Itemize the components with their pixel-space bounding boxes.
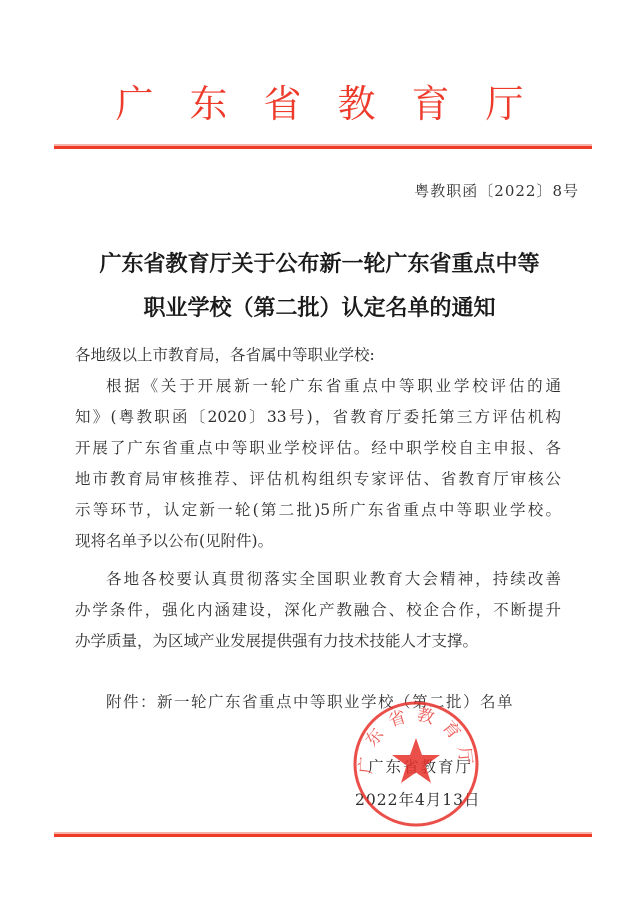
document-title-line-2: 职业学校（第二批）认定名单的通知 xyxy=(0,286,639,330)
header-red-rule xyxy=(54,146,592,149)
paragraph-line: 地市教育局审核推荐、评估机构组织专家评估、省教育厅审核公 xyxy=(75,464,561,495)
document-title-line-1: 广东省教育厅关于公布新一轮广东省重点中等 xyxy=(0,242,639,286)
paragraph-line: 办学条件，强化内涵建设，深化产教融合、校企合作，不断提升 xyxy=(75,595,561,626)
paragraph-line: 根据《关于开展新一轮广东省重点中等职业学校评估的通 xyxy=(75,371,561,402)
masthead-title: 广东省教育厅 xyxy=(0,82,639,126)
paragraph-1: 根据《关于开展新一轮广东省重点中等职业学校评估的通 知》(粤教职函〔2020〕3… xyxy=(75,371,561,557)
paragraph-line: 知》(粤教职函〔2020〕33号)，省教育厅委托第三方评估机构 xyxy=(75,402,561,433)
document-number: 粤教职函〔2022〕8号 xyxy=(414,180,579,201)
footer-red-rule xyxy=(54,834,592,837)
signature-date: 2022年4月13日 xyxy=(355,788,481,810)
salutation-text: 各地级以上市教育局，各省属中等职业学校: xyxy=(75,340,561,371)
salutation: 各地级以上市教育局，各省属中等职业学校: xyxy=(75,340,561,371)
paragraph-2: 各地各校要认真贯彻落实全国职业教育大会精神，持续改善 办学条件，强化内涵建设，深… xyxy=(75,564,561,657)
paragraph-line: 现将名单予以公布(见附件)。 xyxy=(75,526,561,557)
paragraph-line: 各地各校要认真贯彻落实全国职业教育大会精神，持续改善 xyxy=(75,564,561,595)
paragraph-line: 开展了广东省重点中等职业学校评估。经中职学校自主申报、各 xyxy=(75,433,561,464)
paragraph-line: 示等环节，认定新一轮(第二批)5所广东省重点中等职业学校。 xyxy=(75,495,561,526)
paragraph-line: 办学质量，为区域产业发展提供强有力技术技能人才支撑。 xyxy=(75,626,561,657)
signature-organization: 广东省教育厅 xyxy=(368,755,473,777)
attachment-line: 附件：新一轮广东省重点中等职业学校（第二批）名单 xyxy=(106,690,514,712)
